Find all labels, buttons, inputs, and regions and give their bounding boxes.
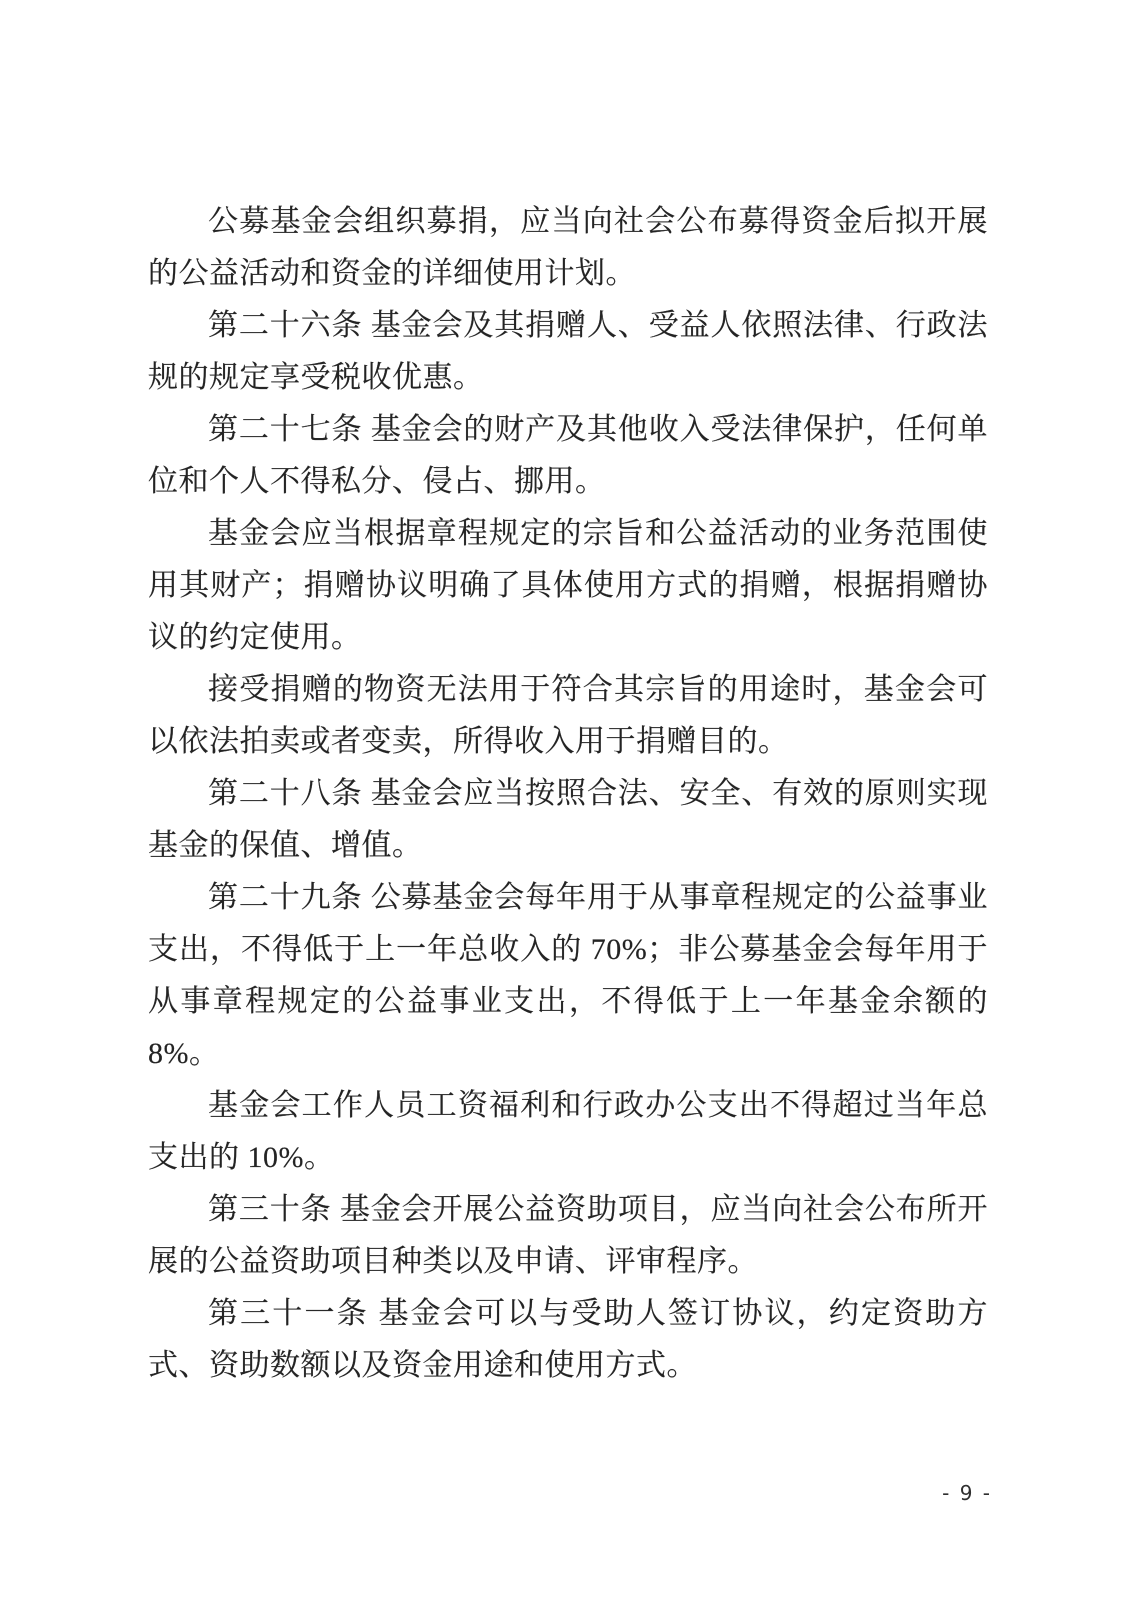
paragraph-article-30: 第三十条 基金会开展公益资助项目，应当向社会公布所开展的公益资助项目种类以及申请… — [148, 1184, 988, 1288]
paragraph: 基金会工作人员工资福利和行政办公支出不得超过当年总支出的 10%。 — [148, 1080, 988, 1184]
paragraph-article-26: 第二十六条 基金会及其捐赠人、受益人依照法律、行政法规的规定享受税收优惠。 — [148, 300, 988, 404]
page-number: - 9 - — [942, 1481, 992, 1505]
paragraph-article-27: 第二十七条 基金会的财产及其他收入受法律保护，任何单位和个人不得私分、侵占、挪用… — [148, 404, 988, 508]
document-body: 公募基金会组织募捐，应当向社会公布募得资金后拟开展的公益活动和资金的详细使用计划… — [148, 196, 988, 1392]
document-page: 公募基金会组织募捐，应当向社会公布募得资金后拟开展的公益活动和资金的详细使用计划… — [0, 0, 1131, 1600]
paragraph: 公募基金会组织募捐，应当向社会公布募得资金后拟开展的公益活动和资金的详细使用计划… — [148, 196, 988, 300]
paragraph-article-28: 第二十八条 基金会应当按照合法、安全、有效的原则实现基金的保值、增值。 — [148, 768, 988, 872]
paragraph-article-29: 第二十九条 公募基金会每年用于从事章程规定的公益事业支出，不得低于上一年总收入的… — [148, 872, 988, 1080]
paragraph: 基金会应当根据章程规定的宗旨和公益活动的业务范围使用其财产；捐赠协议明确了具体使… — [148, 508, 988, 664]
paragraph: 接受捐赠的物资无法用于符合其宗旨的用途时，基金会可以依法拍卖或者变卖，所得收入用… — [148, 664, 988, 768]
paragraph-article-31: 第三十一条 基金会可以与受助人签订协议，约定资助方式、资助数额以及资金用途和使用… — [148, 1288, 988, 1392]
